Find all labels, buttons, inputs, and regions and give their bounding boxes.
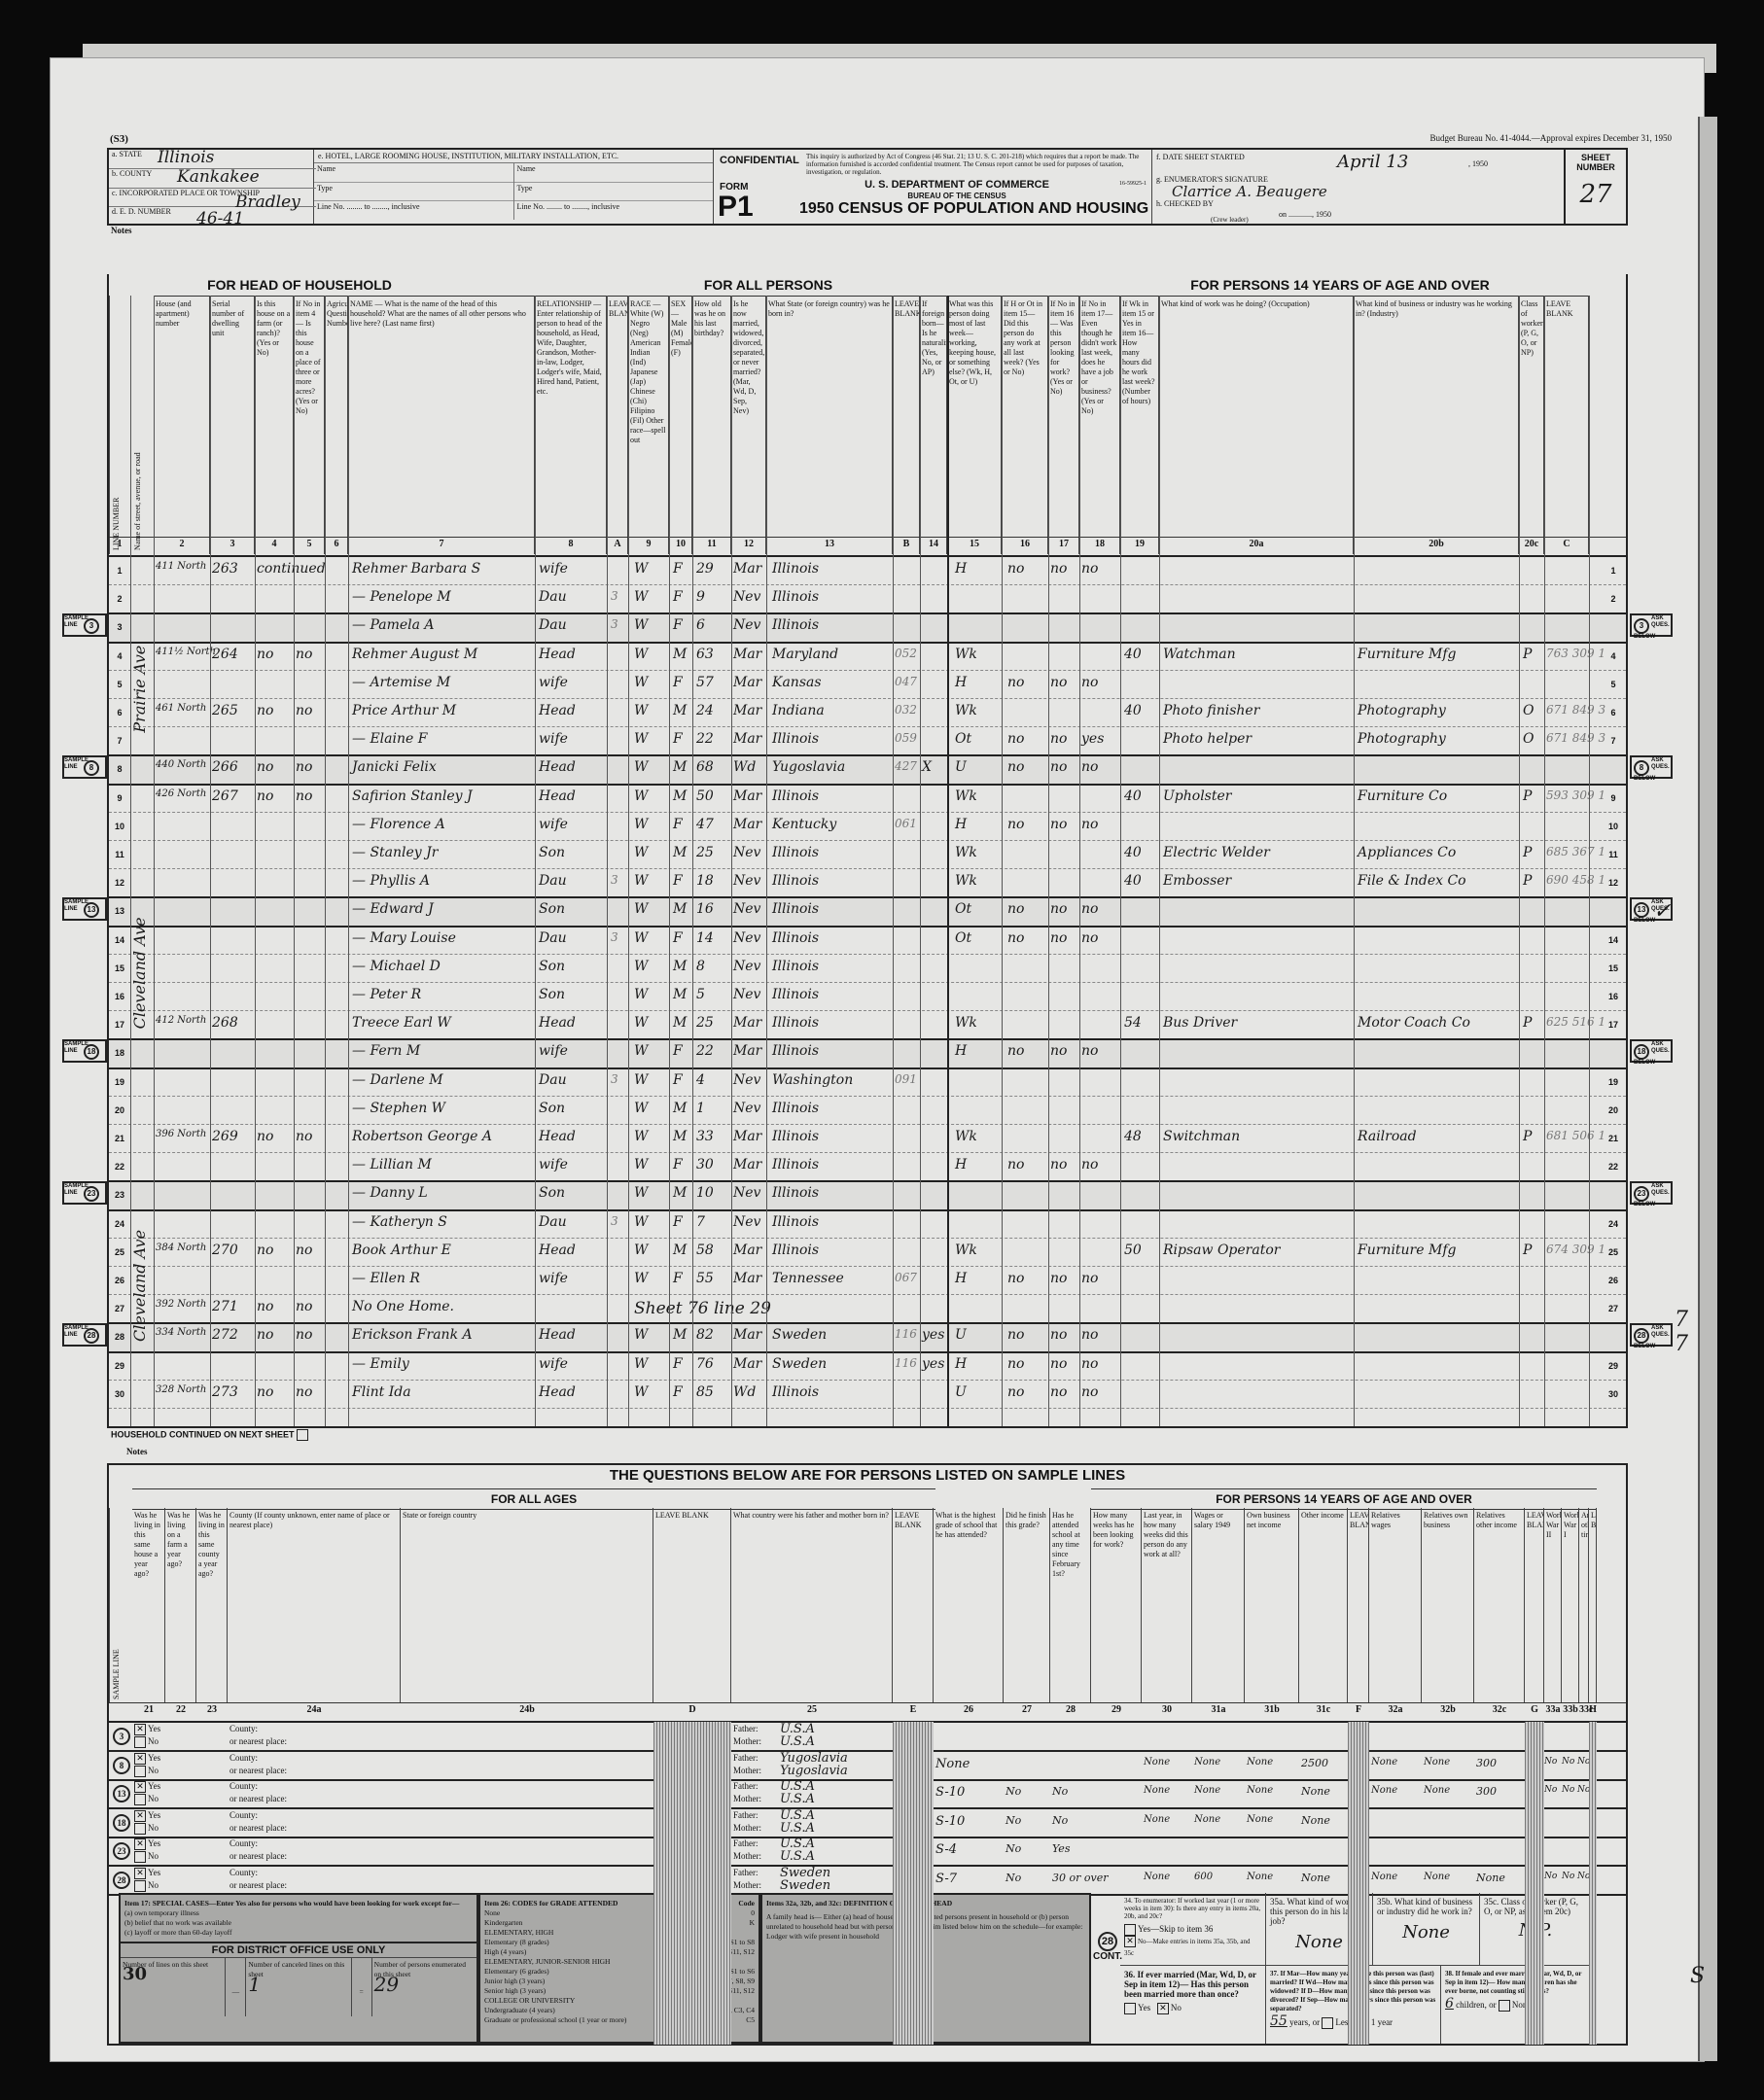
- margin-checkmark: ✓: [1653, 899, 1671, 924]
- q34-yes-label: Yes—Skip to item 36: [1138, 1924, 1213, 1934]
- sample-column-numbers: 21222324a24bD25E262728293031a31b31cF32a3…: [109, 1702, 1626, 1723]
- cell-name: — Penelope M: [352, 589, 451, 605]
- column-number: 11: [692, 539, 731, 549]
- cell-age: 5: [696, 987, 705, 1002]
- cell-sex: F: [673, 1043, 683, 1059]
- sample-q31c: None: [1301, 1872, 1330, 1884]
- sample-line-circle: 3: [1634, 618, 1649, 634]
- cell-born: Illinois: [772, 1129, 819, 1144]
- sample-column-header-31b: Own business net income: [1245, 1508, 1299, 1702]
- cell-born: Illinois: [772, 1384, 819, 1400]
- cell-cls: P: [1523, 873, 1532, 889]
- q35b-value: None: [1377, 1922, 1475, 1942]
- q21-no[interactable]: No: [134, 1880, 159, 1892]
- cell-ind: Appliances Co: [1358, 845, 1456, 860]
- sample-column-number: 27: [1004, 1704, 1050, 1715]
- line-number-right: 12: [1603, 878, 1624, 888]
- margin-mark-row29: 7: [1675, 1332, 1688, 1356]
- cell-name: — Pamela A: [352, 617, 435, 633]
- cell-race: W: [634, 1043, 648, 1059]
- cell-ind: Photography: [1358, 703, 1446, 718]
- q21-yes-checkbox[interactable]: ✕: [134, 1724, 146, 1735]
- line-number: 3: [109, 622, 130, 632]
- cell-occ: Switchman: [1163, 1129, 1240, 1144]
- cell-acres: no: [296, 703, 312, 718]
- table-row: 4411½ North264nonoRehmer August MHeadWM6…: [109, 642, 1626, 671]
- household-continued[interactable]: HOUSEHOLD CONTINUED ON NEXT SHEET: [111, 1429, 310, 1441]
- sample-column-number: 32c: [1474, 1704, 1525, 1715]
- table-row: 8440 North266nonoJanicki FelixHeadWM68Wd…: [109, 754, 1626, 785]
- cell-mar: Nev: [733, 959, 760, 974]
- line-number: 17: [109, 1020, 130, 1030]
- street-name: Cleveland Ave: [130, 1163, 154, 1408]
- cell-farm: continued: [257, 561, 326, 577]
- table-row: 11— Stanley JrSonWM25NevIllinoisWk40Elec…: [109, 840, 1626, 869]
- sample-line-circle: 23: [84, 1186, 99, 1202]
- cell-age: 22: [696, 1043, 714, 1059]
- cell-race: W: [634, 589, 648, 605]
- sample-row: 28✕YesNoCounty:or nearest place:Father:S…: [109, 1866, 1626, 1896]
- sample-column-header-D: LEAVE BLANK: [653, 1508, 731, 1702]
- cell-acres: no: [296, 1384, 312, 1400]
- table-row: 18— Fern MwifeWF22MarIllinoisHnonono18AS…: [109, 1038, 1626, 1068]
- cell-serial: 272: [212, 1327, 238, 1343]
- cell-born: Illinois: [772, 1214, 819, 1230]
- q21-no-checkbox[interactable]: [134, 1851, 146, 1863]
- line-number-right: 1: [1603, 566, 1624, 576]
- column-number: 4: [255, 539, 294, 549]
- section-all-persons: FOR ALL PERSONS: [445, 274, 1091, 297]
- leave-blank-shading: [893, 1722, 934, 2045]
- cell-nat: yes: [922, 1356, 944, 1372]
- form-number: P1: [718, 191, 754, 224]
- cell-act: Wk: [955, 788, 977, 804]
- sample-column-header-28: Has he attended school at any time since…: [1050, 1508, 1091, 1702]
- cell-rel: Head: [539, 703, 576, 718]
- cell-act: Wk: [955, 873, 977, 889]
- cell-act: Ot: [955, 930, 971, 946]
- table-row: 26— Ellen RwifeWF55MarTennessee067Hnonon…: [109, 1266, 1626, 1295]
- sample-line-circle: 13: [1634, 902, 1649, 918]
- table-row: 13— Edward JSonWM16NevIllinoisOtnonono13…: [109, 896, 1626, 927]
- section-all-ages: FOR ALL AGES: [132, 1488, 935, 1510]
- cell-sex: M: [673, 1185, 687, 1201]
- column-header-4: Is this house on a farm (or ranch)? (Yes…: [255, 296, 294, 554]
- grade-code-value: S1 to S8: [730, 1938, 755, 1947]
- cell-serial: 263: [212, 561, 238, 577]
- line-number: 18: [109, 1048, 130, 1058]
- cb-no-label: No: [148, 1880, 159, 1890]
- q38-none-checkbox[interactable]: [1499, 2000, 1510, 2012]
- cell-b: 116: [895, 1356, 917, 1370]
- cell-house: 384 North: [156, 1242, 206, 1253]
- cell-occ: Photo finisher: [1163, 703, 1259, 718]
- grade-code-label: High (4 years): [484, 1947, 526, 1957]
- cell-age: 29: [696, 561, 714, 577]
- leave-blank-shading: [653, 1722, 731, 2045]
- cell-mar: Nev: [733, 987, 760, 1002]
- q21-yes[interactable]: ✕Yes: [134, 1868, 160, 1879]
- sample-grade: S-10: [935, 1785, 965, 1800]
- sample-line-number: 13: [113, 1785, 130, 1802]
- cell-race: W: [634, 987, 648, 1002]
- sample-line-marker-left: SAMPLE LINE23: [62, 1181, 107, 1205]
- mother-label: Mother:: [733, 1851, 761, 1861]
- sample-column-header-30: Last year, in how many weeks did this pe…: [1142, 1508, 1192, 1702]
- cell-b: 052: [895, 647, 917, 660]
- sample-line-circle: 28: [1634, 1328, 1649, 1344]
- cell-name: Erickson Frank A: [352, 1327, 473, 1343]
- cell-born: Kansas: [772, 675, 822, 690]
- sample-finish: No: [1005, 1814, 1021, 1827]
- cell-work: no: [1007, 1384, 1024, 1400]
- sample-q31a: None: [1194, 1814, 1220, 1825]
- q21-yes[interactable]: ✕Yes: [134, 1781, 160, 1793]
- cell-age: 10: [696, 1185, 714, 1201]
- line-number-right: 26: [1603, 1276, 1624, 1285]
- cell-age: 30: [696, 1157, 714, 1172]
- column-header-18: If No in item 17— Even though he didn't …: [1079, 296, 1120, 554]
- cb-no-label: No: [148, 1736, 159, 1746]
- sample-q32b: None: [1424, 1757, 1450, 1767]
- cell-mar: Mar: [733, 647, 761, 662]
- cell-sex: F: [673, 1384, 683, 1400]
- cell-race: W: [634, 731, 648, 747]
- cell-age: 24: [696, 703, 714, 718]
- q21-yes-checkbox[interactable]: ✕: [134, 1810, 146, 1822]
- cell-farm: no: [257, 1129, 273, 1144]
- q21-no[interactable]: No: [134, 1794, 159, 1805]
- cell-born: Yugoslavia: [772, 759, 845, 775]
- column-divider: [731, 296, 732, 1426]
- q21-no[interactable]: No: [134, 1823, 159, 1835]
- cell-sex: M: [673, 959, 687, 974]
- q37-less-checkbox[interactable]: [1322, 2017, 1333, 2029]
- cell-look: no: [1050, 1327, 1067, 1343]
- grade-code-label: Kindergarten: [484, 1918, 522, 1928]
- cb-yes-label: Yes: [148, 1724, 160, 1733]
- column-header-12: Is he now married, widowed, divorced, se…: [731, 296, 766, 554]
- cell-age: 25: [696, 1015, 714, 1031]
- line-number: 19: [109, 1077, 130, 1087]
- sample-q31b: None: [1247, 1785, 1273, 1796]
- cell-act: Wk: [955, 1129, 977, 1144]
- cell-age: 18: [696, 873, 714, 889]
- q36-yes-checkbox[interactable]: [1124, 2003, 1136, 2014]
- cell-work: no: [1007, 1043, 1024, 1059]
- cell-sex: F: [673, 589, 683, 605]
- column-header-street: Name of street, avenue, or road: [130, 296, 154, 554]
- household-continued-checkbox[interactable]: [297, 1429, 308, 1441]
- line-number: 27: [109, 1304, 130, 1313]
- cell-cls: O: [1523, 703, 1534, 718]
- line-number-right: 16: [1603, 992, 1624, 1001]
- mother-label: Mother:: [733, 1736, 761, 1746]
- line-number: 29: [109, 1361, 130, 1371]
- line-number: 11: [109, 850, 130, 859]
- sample-grade: None: [935, 1757, 970, 1771]
- cell-farm: no: [257, 759, 273, 775]
- q21-no-checkbox[interactable]: [134, 1736, 146, 1748]
- cell-nat: yes: [922, 1327, 944, 1343]
- cell-rel: Dau: [539, 1214, 567, 1230]
- cell-work: no: [1007, 1356, 1024, 1372]
- cell-mar: Nev: [733, 901, 760, 917]
- column-divider: [1079, 296, 1080, 1426]
- q21-yes[interactable]: ✕Yes: [134, 1724, 160, 1735]
- mother-label: Mother:: [733, 1766, 761, 1775]
- line-number: 15: [109, 963, 130, 973]
- q21-no-checkbox[interactable]: [134, 1823, 146, 1835]
- q21-yes[interactable]: ✕Yes: [134, 1838, 160, 1850]
- line-number-right: 2: [1603, 594, 1624, 604]
- sample-column-header-21: Was he living in this same house a year …: [132, 1508, 165, 1702]
- column-divider: [1159, 296, 1160, 1426]
- cell-sex: M: [673, 1242, 687, 1258]
- line-number: 20: [109, 1105, 130, 1115]
- cell-rel: wife: [539, 817, 568, 832]
- cell-born: Illinois: [772, 617, 819, 633]
- line-number-right: 27: [1603, 1304, 1624, 1313]
- q21-no[interactable]: No: [134, 1766, 159, 1777]
- q21-no[interactable]: No: [134, 1736, 159, 1748]
- cell-act: H: [955, 561, 967, 577]
- cell-mar: Mar: [733, 1271, 761, 1286]
- sample-line-circle: 3: [84, 618, 99, 634]
- sample-column-number: 24a: [228, 1704, 401, 1715]
- cell-acres: no: [296, 1129, 312, 1144]
- sample-column-number: 25: [731, 1704, 893, 1715]
- grade-code-label: Junior high (3 years): [484, 1977, 545, 1986]
- cell-look: no: [1050, 675, 1067, 690]
- sample-column-header-33c: Any other time: [1579, 1508, 1589, 1702]
- leave-blank-shading: [1589, 1722, 1597, 2045]
- sample-row: 23✕YesNoCounty:or nearest place:Father:U…: [109, 1837, 1626, 1867]
- cell-race: W: [634, 1015, 648, 1031]
- institution-label: e. HOTEL, LARGE ROOMING HOUSE, INSTITUTI…: [314, 150, 713, 163]
- cell-rel: Dau: [539, 873, 567, 889]
- cell-hours: 48: [1124, 1129, 1142, 1144]
- cell-occ: Embosser: [1163, 873, 1231, 889]
- canceled-lines-label: Number of canceled lines on this sheet: [248, 1960, 348, 1979]
- column-number: 2: [154, 539, 210, 549]
- sheet-number: 27: [1566, 180, 1626, 209]
- q21-yes[interactable]: ✕Yes: [134, 1810, 160, 1822]
- cell-look: no: [1050, 901, 1067, 917]
- cell-farm: no: [257, 647, 273, 662]
- cell-farm: no: [257, 1299, 273, 1314]
- ask-questions-below-marker: 8ASK QUES. BELOW: [1630, 755, 1673, 779]
- sample-column-header-32c: Relatives other income: [1474, 1508, 1525, 1702]
- line-number: 21: [109, 1134, 130, 1143]
- sample-q32c: 300: [1476, 1785, 1497, 1798]
- father-label: Father:: [733, 1838, 759, 1848]
- sample-q32b: None: [1424, 1872, 1450, 1882]
- line-number-right: 19: [1603, 1077, 1624, 1087]
- cell-c: 671 849 3: [1546, 703, 1605, 717]
- q21-no-checkbox[interactable]: [134, 1766, 146, 1777]
- table-row: 14— Mary LouiseDau3WF14NevIllinoisOtnono…: [109, 926, 1626, 955]
- sample-column-number: 33b: [1562, 1704, 1579, 1715]
- cell-rel: wife: [539, 1157, 568, 1172]
- cell-b: 091: [895, 1072, 917, 1086]
- cell-name: — Katheryn S: [352, 1214, 447, 1230]
- sample-q31c: None: [1301, 1785, 1330, 1798]
- cell-age: 25: [696, 845, 714, 860]
- cell-c: 671 849 3: [1546, 731, 1605, 745]
- sample-line-number: 18: [113, 1814, 130, 1832]
- sample-line-circle: 28: [84, 1328, 99, 1344]
- column-header-19: If Wk in item 15 or Yes in item 16— How …: [1120, 296, 1159, 554]
- sample-column-header-32b: Relatives own business: [1422, 1508, 1474, 1702]
- cell-house: 461 North: [156, 703, 206, 714]
- q21-yes-checkbox[interactable]: ✕: [134, 1781, 146, 1793]
- sample-line-number: 28: [113, 1872, 130, 1889]
- line-number-right: 17: [1603, 1020, 1624, 1030]
- q21-yes[interactable]: ✕Yes: [134, 1753, 160, 1765]
- inst-name-2: Name: [514, 163, 714, 183]
- sample-column-number: H: [1589, 1704, 1597, 1715]
- cell-act: H: [955, 1043, 967, 1059]
- cell-sex: M: [673, 1129, 687, 1144]
- cell-job: no: [1081, 1271, 1098, 1286]
- cell-job: no: [1081, 901, 1098, 917]
- sample-column-number: 24b: [401, 1704, 653, 1715]
- sample-column-header-32a: Relatives wages: [1369, 1508, 1422, 1702]
- cell-name: — Stanley Jr: [352, 845, 438, 860]
- inst-type-2: Type: [514, 183, 714, 202]
- mother-birthplace: U.S.A: [780, 1849, 815, 1864]
- cell-age: 55: [696, 1271, 714, 1286]
- cell-mar: Mar: [733, 1129, 761, 1144]
- column-number: 16: [1002, 539, 1048, 549]
- q21-yes-checkbox[interactable]: ✕: [134, 1753, 146, 1765]
- cell-born: Illinois: [772, 901, 819, 917]
- column-divider: [294, 296, 295, 1426]
- q34-no-checkbox[interactable]: ✕: [1124, 1936, 1136, 1947]
- cell-sex: F: [673, 561, 683, 577]
- cell-age: 9: [696, 589, 705, 605]
- sample-line-circle: 13: [84, 902, 99, 918]
- column-number: 20b: [1354, 539, 1519, 549]
- sample-row: 18✕YesNoCounty:or nearest place:Father:U…: [109, 1808, 1626, 1838]
- q21-yes-checkbox[interactable]: ✕: [134, 1838, 146, 1850]
- cell-serial: 273: [212, 1384, 238, 1400]
- sample-line-number: 8: [113, 1757, 130, 1774]
- cell-race: W: [634, 1327, 648, 1343]
- q21-no-checkbox[interactable]: [134, 1880, 146, 1892]
- cell-race: W: [634, 1129, 648, 1144]
- enumerator-signature: Clarrice A. Beaugere: [1172, 183, 1327, 200]
- state-label: a. STATE: [112, 150, 142, 158]
- table-row: 25384 North270nonoBook Arthur EHeadWM58M…: [109, 1238, 1626, 1267]
- column-divider: [893, 296, 894, 1426]
- cell-act: U: [955, 1327, 967, 1343]
- cell-race: W: [634, 1384, 648, 1400]
- line-number: 8: [109, 764, 130, 774]
- cell-age: 33: [696, 1129, 714, 1144]
- cell-age: 58: [696, 1242, 714, 1258]
- cell-born: Kentucky: [772, 817, 836, 832]
- cell-work: no: [1007, 561, 1024, 577]
- ed-value: 46-41: [196, 209, 244, 228]
- cell-age: 50: [696, 788, 714, 804]
- cell-race: W: [634, 1242, 648, 1258]
- sample-column-number: 21: [132, 1704, 165, 1715]
- cell-mar: Nev: [733, 589, 760, 605]
- sample-label: SAMPLE LINE: [64, 1183, 84, 1197]
- cell-name: — Michael D: [352, 959, 441, 974]
- column-number: 8: [535, 539, 607, 549]
- cell-name: — Lillian M: [352, 1157, 432, 1172]
- grade-code-value: S1 to S6: [730, 1967, 755, 1977]
- sample-ww1: No: [1562, 1757, 1574, 1767]
- line-number-right: 22: [1603, 1162, 1624, 1172]
- ed-label: d. E. D. NUMBER: [112, 207, 171, 216]
- cell-job: no: [1081, 675, 1098, 690]
- cell-born: Illinois: [772, 959, 819, 974]
- cell-ind: Photography: [1358, 731, 1446, 747]
- cell-hours: 40: [1124, 647, 1142, 662]
- inst-line-1: Line No. ........ to ........, inclusive: [314, 201, 513, 220]
- line-number-right: 7: [1603, 736, 1624, 746]
- column-header-16: If H or Ot in item 15— Did this person d…: [1002, 296, 1048, 554]
- ask-questions-below-marker: 3ASK QUES. BELOW: [1630, 613, 1673, 637]
- father-label: Father:: [733, 1810, 759, 1820]
- cell-cls: P: [1523, 788, 1532, 804]
- cell-ind: Furniture Mfg: [1358, 647, 1456, 662]
- father-label: Father:: [733, 1781, 759, 1791]
- cell-work: no: [1007, 930, 1024, 946]
- cell-sex: F: [673, 675, 683, 690]
- q21-no-checkbox[interactable]: [134, 1794, 146, 1805]
- sample-column-header-31a: Wages or salary 1949: [1192, 1508, 1245, 1702]
- cell-mar: Mar: [733, 1356, 761, 1372]
- sample-q30: None: [1144, 1872, 1170, 1882]
- cell-serial: 267: [212, 788, 238, 804]
- sample-line-circle: 8: [1634, 760, 1649, 776]
- cell-mar: Mar: [733, 817, 761, 832]
- checked-on: on ............, 1950: [1279, 210, 1331, 219]
- table-row: 24— Katheryn SDau3WF7NevIllinois24: [109, 1209, 1626, 1239]
- column-divider: [947, 296, 949, 1426]
- sample-column-number: 28: [1050, 1704, 1091, 1715]
- mother-birthplace: U.S.A: [780, 1792, 815, 1806]
- q21-no[interactable]: No: [134, 1851, 159, 1863]
- cell-born: Illinois: [772, 1157, 819, 1172]
- q34-yes-checkbox[interactable]: [1124, 1924, 1136, 1936]
- column-number: A: [607, 539, 628, 549]
- cell-rel: Dau: [539, 930, 567, 946]
- cell-born: Illinois: [772, 873, 819, 889]
- county-label: County:: [229, 1810, 258, 1820]
- cell-name: — Artemise M: [352, 675, 450, 690]
- q21-yes-checkbox[interactable]: ✕: [134, 1868, 146, 1879]
- sample-column-header-29: How many weeks has he been looking for w…: [1091, 1508, 1142, 1702]
- table-row: 20— Stephen WSonWM1NevIllinois20: [109, 1096, 1626, 1125]
- cell-cls: P: [1523, 845, 1532, 860]
- sample-q31c: 2500: [1301, 1757, 1328, 1769]
- sample-column-number: 23: [196, 1704, 228, 1715]
- table-row: 29— EmilywifeWF76MarSweden116yesHnonono2…: [109, 1351, 1626, 1381]
- q36-no-checkbox[interactable]: ✕: [1157, 2003, 1169, 2014]
- cell-act: Wk: [955, 703, 977, 718]
- county-label: County:: [229, 1753, 258, 1763]
- line-number: 28: [109, 1332, 130, 1342]
- cell-farm: no: [257, 703, 273, 718]
- table-row: 6461 North265nonoPrice Arthur MHeadWM24M…: [109, 698, 1626, 727]
- line-number: 2: [109, 594, 130, 604]
